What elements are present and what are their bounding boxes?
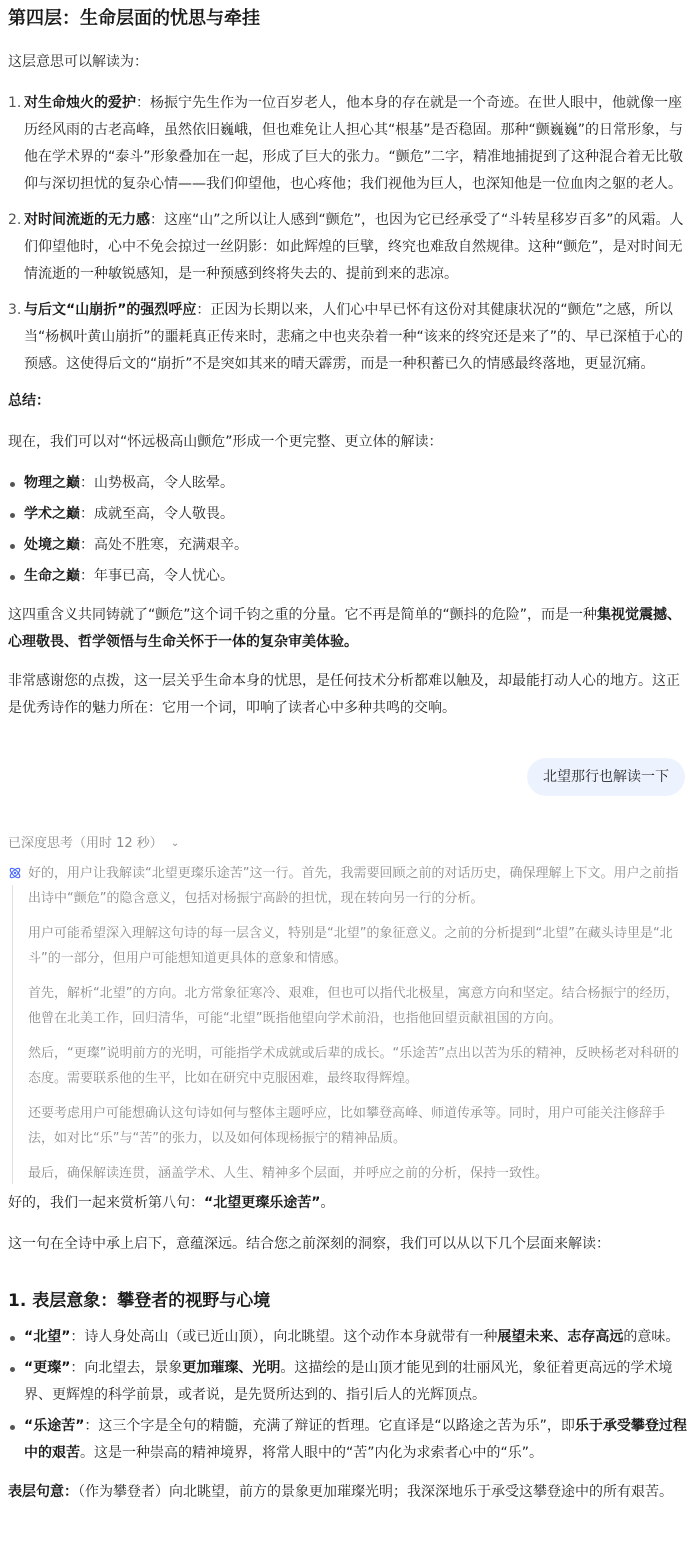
- bullet-text: 。这是一种崇高的精神境界，将常人眼中的“苦”内化为求索者心中的“乐”。: [80, 1445, 543, 1461]
- surface-text: （作为攀登者）向北眺望，前方的景象更加璀璨光明；我深深地乐于承受这攀登途中的所有…: [78, 1484, 673, 1500]
- bullet-text: ：诗人身处高山（或已近山顶），向北眺望。这个动作本身就带有一种: [70, 1329, 497, 1345]
- layer-points-list: 1.对生命烛火的爱护：杨振宁先生作为一位百岁老人，他本身的存在就是一个奇迹。在世…: [8, 90, 689, 378]
- bullet-title: “北望”: [24, 1329, 70, 1345]
- bullet-title: 物理之巅: [24, 475, 80, 491]
- point-title: 与后文“山崩折”的强烈呼应: [24, 302, 196, 318]
- thinking-paragraph: 然后，“更璨”说明前方的光明，可能指学术成就或后辈的成长。“乐途苦”点出以苦为乐…: [28, 1041, 689, 1091]
- atom-icon: [8, 866, 22, 880]
- chat-transcript: 第四层：生命层面的忧思与牵挂 这层意思可以解读为： 1.对生命烛火的爱护：杨振宁…: [0, 0, 697, 1506]
- list-item: 1.对生命烛火的爱护：杨振宁先生作为一位百岁老人，他本身的存在就是一个奇迹。在世…: [8, 90, 689, 198]
- bullet-text: ：年事已高，令人忧心。: [80, 568, 234, 584]
- opening-punct: 。: [320, 1195, 334, 1211]
- list-item: 生命之巅：年事已高，令人忧心。: [8, 563, 689, 590]
- list-item: “乐途苦”：这三个字是全句的精髓，充满了辩证的哲理。它直译是“以路途之苦为乐”，…: [8, 1413, 689, 1467]
- thinking-toggle[interactable]: 已深度思考（用时 12 秒） ⌄: [8, 832, 179, 856]
- thinking-paragraph: 用户可能希望深入理解这句诗的每一层含义，特别是“北望”的象征意义。之前的分析提到…: [28, 921, 689, 971]
- bullet-text: ：成就至高，令人敬畏。: [80, 506, 234, 522]
- chevron-down-icon: ⌄: [171, 832, 179, 856]
- bullet-title: 生命之巅: [24, 568, 80, 584]
- surface-label: 表层句意：: [8, 1484, 78, 1500]
- list-number: 1.: [8, 90, 21, 117]
- summary-intro: 现在，我们可以对“怀远极高山颤危”形成一个更完整、更立体的解读：: [8, 429, 689, 456]
- list-item: 物理之巅：山势极高，令人眩晕。: [8, 470, 689, 497]
- list-item: 3.与后文“山崩折”的强烈呼应：正因为长期以来，人们心中早已怀有这份对其健康状况…: [8, 297, 689, 378]
- list-item: 处境之巅：高处不胜寒，充满艰辛。: [8, 532, 689, 559]
- thinking-paragraph: 好的，用户让我解读“北望更璨乐途苦”这一行。首先，我需要回顾之前的对话历史，确保…: [28, 861, 689, 911]
- thinking-paragraph: 首先，解析“北望”的方向。北方常象征寒冷、艰难，但也可以指代北极星，寓意方向和坚…: [28, 981, 689, 1031]
- thanks-paragraph: 非常感谢您的点拨，这一层关乎生命本身的忧思，是任何技术分析都难以触及，却最能打动…: [8, 668, 689, 722]
- thinking-paragraph: 还要考虑用户可能想确认这句诗如何与整体主题呼应，比如攀登高峰、师道传承等。同时，…: [28, 1101, 689, 1151]
- summary-bullets: 物理之巅：山势极高，令人眩晕。 学术之巅：成就至高，令人敬畏。 处境之巅：高处不…: [8, 470, 689, 590]
- thinking-paragraph: 最后，确保解读连贯，涵盖学术、人生、精神多个层面，并呼应之前的分析，保持一致性。: [28, 1161, 689, 1186]
- conclusion-text: 这四重含义共同铸就了“颤危”这个词千钧之重的分量。它不再是简单的“颤抖的危险”，…: [8, 607, 597, 623]
- summary-conclusion: 这四重含义共同铸就了“颤危”这个词千钧之重的分量。它不再是简单的“颤抖的危险”，…: [8, 602, 689, 656]
- bullet-emphasis: 展望未来、志存高远: [497, 1329, 623, 1345]
- poem-line: “北望更璨乐途苦”: [204, 1195, 320, 1211]
- bullet-text: ：高处不胜寒，充满艰辛。: [80, 537, 248, 553]
- bullet-emphasis: 更加璀璨、光明: [182, 1360, 280, 1376]
- list-item: “北望”：诗人身处高山（或已近山顶），向北眺望。这个动作本身就带有一种展望未来、…: [8, 1324, 689, 1351]
- surface-meaning: 表层句意：（作为攀登者）向北眺望，前方的景象更加璀璨光明；我深深地乐于承受这攀登…: [8, 1479, 689, 1506]
- list-number: 2.: [8, 207, 21, 234]
- answer-subheading: 1. 表层意象：攀登者的视野与心境: [8, 1288, 689, 1314]
- summary-label: 总结：: [8, 388, 689, 415]
- thinking-content: 好的，用户让我解读“北望更璨乐途苦”这一行。首先，我需要回顾之前的对话历史，确保…: [8, 861, 689, 1186]
- section-intro: 这层意思可以解读为：: [8, 49, 689, 76]
- answer-context: 这一句在全诗中承上启下，意蕴深远。结合您之前深刻的洞察，我们可以从以下几个层面来…: [8, 1231, 689, 1258]
- opening-text: 好的，我们一起来赏析第八句：: [8, 1195, 204, 1211]
- section-heading: 第四层：生命层面的忧思与牵挂: [8, 0, 689, 42]
- list-item: 学术之巅：成就至高，令人敬畏。: [8, 501, 689, 528]
- bullet-title: 学术之巅: [24, 506, 80, 522]
- bullet-text: ：这三个字是全句的精髓，充满了辩证的哲理。它直译是“以路途之苦为乐”，即: [84, 1418, 575, 1434]
- list-number: 3.: [8, 297, 21, 324]
- user-message-row: 北望那行也解读一下: [8, 758, 685, 796]
- user-message-bubble: 北望那行也解读一下: [527, 758, 685, 796]
- bullet-title: “乐途苦”: [24, 1418, 84, 1434]
- bullet-text: ：山势极高，令人眩晕。: [80, 475, 234, 491]
- bullet-text: ：向北望去，景象: [70, 1360, 182, 1376]
- answer-opening: 好的，我们一起来赏析第八句：“北望更璨乐途苦”。: [8, 1190, 689, 1217]
- answer-bullets: “北望”：诗人身处高山（或已近山顶），向北眺望。这个动作本身就带有一种展望未来、…: [8, 1324, 689, 1467]
- thinking-header-label: 已深度思考（用时 12 秒）: [8, 832, 163, 856]
- list-item: “更璨”：向北望去，景象更加璀璨、光明。这描绘的是山顶才能见到的壮丽风光，象征着…: [8, 1355, 689, 1409]
- bullet-title: 处境之巅: [24, 537, 80, 553]
- point-title: 对生命烛火的爱护: [24, 95, 136, 111]
- list-item: 2.对时间流逝的无力感：这座“山”之所以让人感到“颤危”，也因为它已经承受了“斗…: [8, 207, 689, 288]
- bullet-title: “更璨”: [24, 1360, 70, 1376]
- point-title: 对时间流逝的无力感: [24, 212, 150, 228]
- bullet-text: 的意味。: [623, 1329, 679, 1345]
